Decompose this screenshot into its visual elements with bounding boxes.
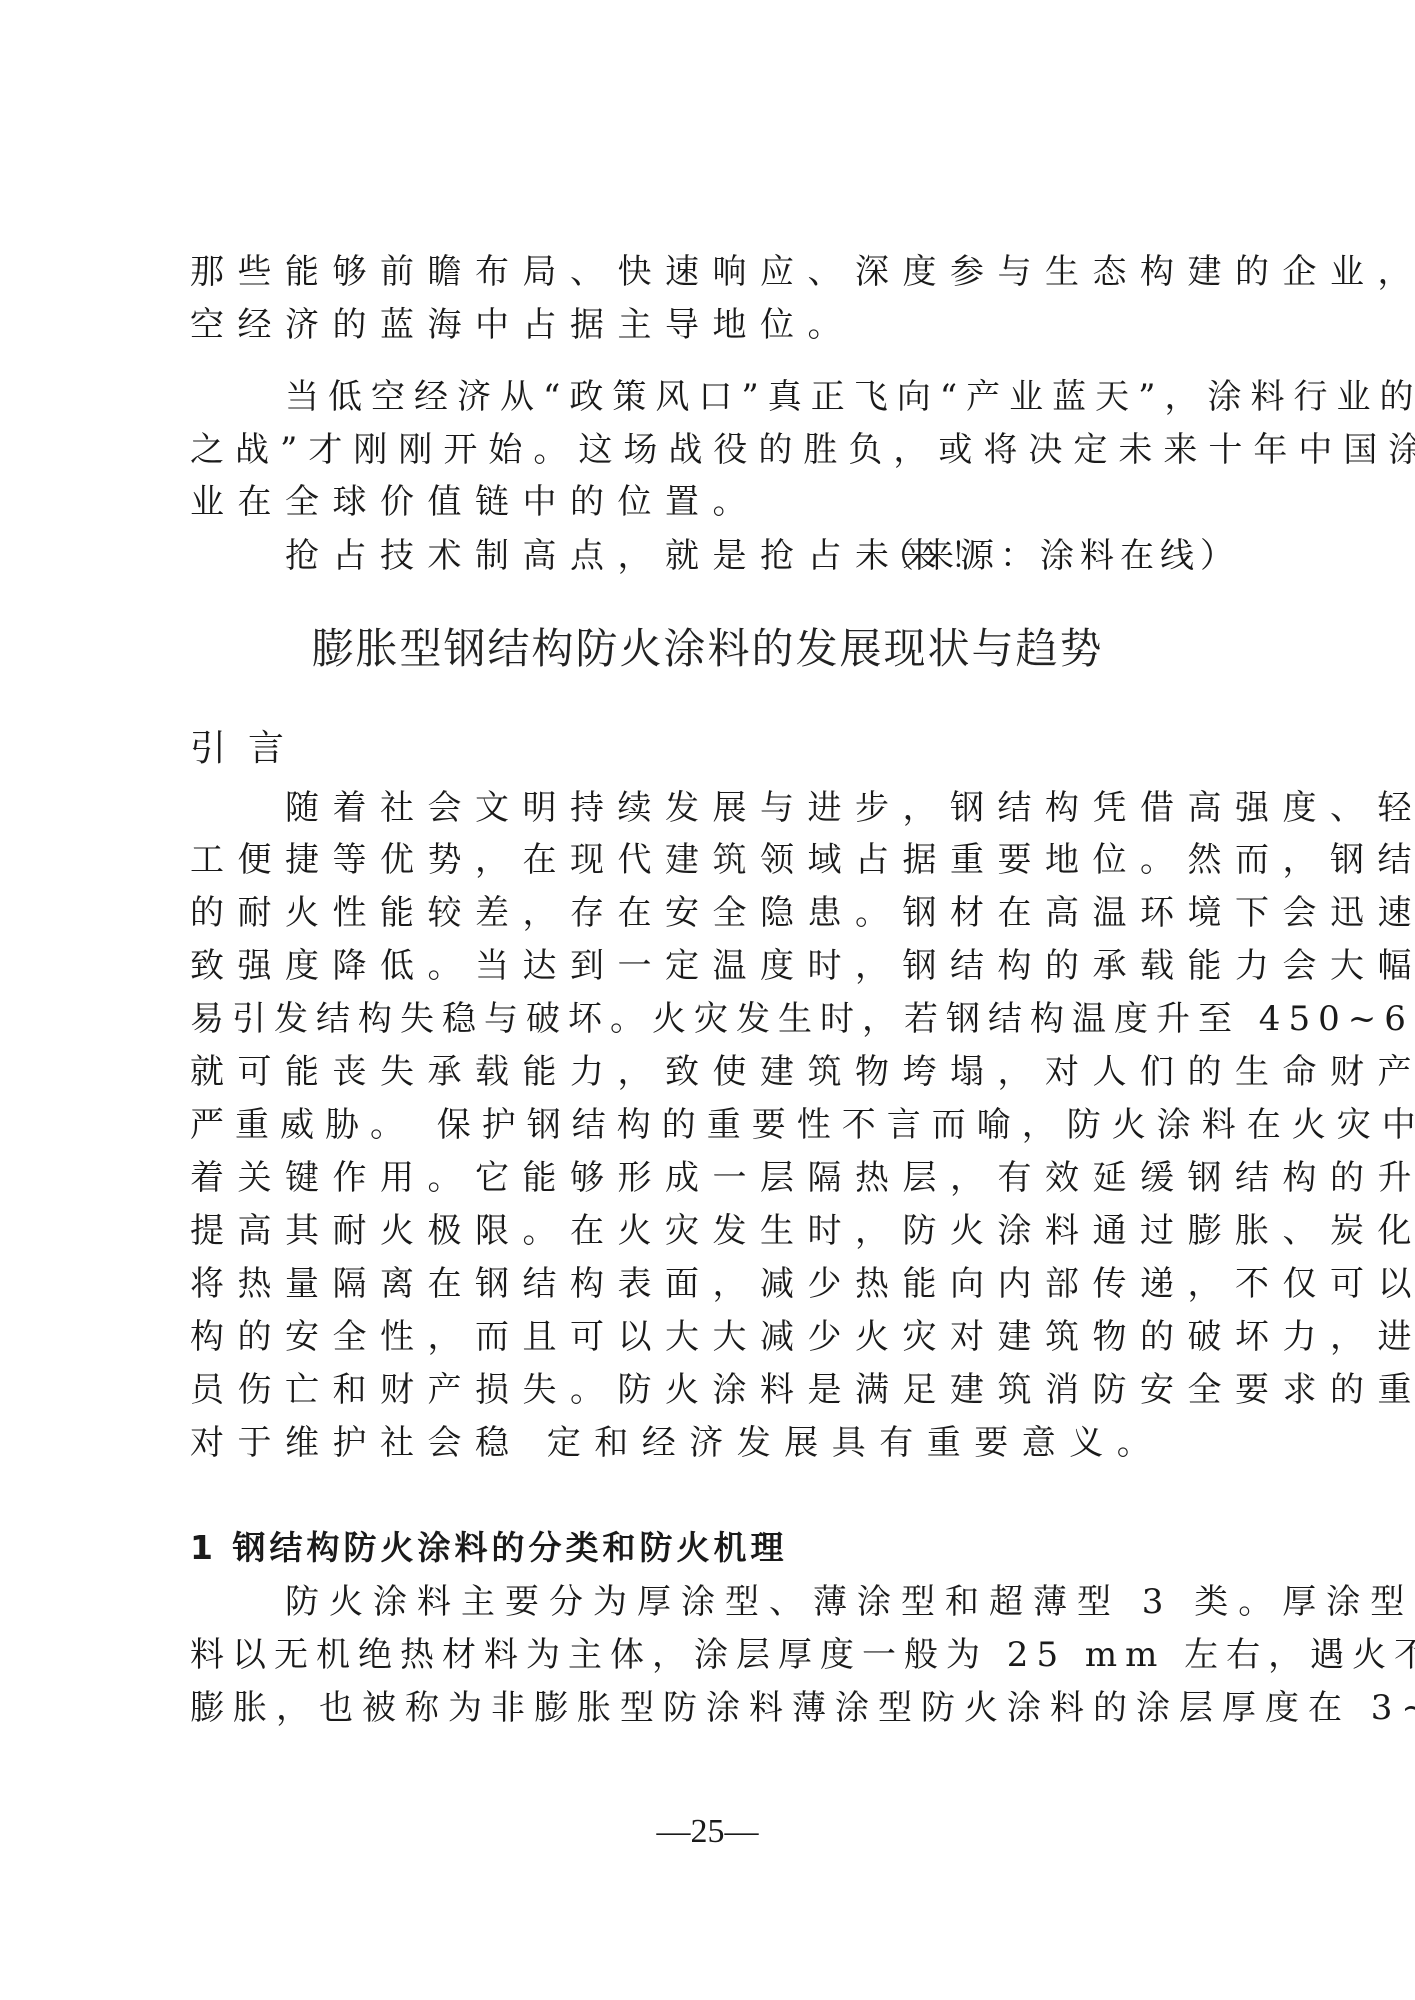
document-page: 那些能够前瞻布局、快速响应、深度参与生态构建的企业，终将在低 空经济的蓝海中占据… — [0, 0, 1415, 2000]
paragraph-line: 提高其耐火极限。在火灾发生时，防火涂料通过膨胀、炭化等方式， — [190, 1211, 1240, 1251]
paragraph-line: 业在全球价值链中的位置。 — [190, 482, 1240, 522]
paragraph-line: 料以无机绝热材料为主体，涂层厚度一般为 25 mm 左右，遇火不会 — [190, 1635, 1240, 1675]
article-title: 膨胀型钢结构防火涂料的发展现状与趋势 — [0, 624, 1415, 674]
paragraph-line: 当低空经济从“政策风口”真正飞向“产业蓝天”，涂料行业的“空中 — [285, 377, 1240, 417]
paragraph-line: 就可能丧失承载能力，致使建筑物垮塌，对人们的生命财产安全造成 — [190, 1052, 1240, 1092]
paragraph-line: 员伤亡和财产损失。防火涂料是满足建筑消防安全要求的重要手段， — [190, 1370, 1240, 1410]
paragraph-line: 之战”才刚刚开始。这场战役的胜负，或将决定未来十年中国涂料产 — [190, 430, 1240, 470]
paragraph-line: 着关键作用。它能够形成一层隔热层，有效延缓钢结构的升温速度， — [190, 1158, 1240, 1198]
paragraph-line: 膨胀，也被称为非膨胀型防涂料薄涂型防火涂料的涂层厚度在 3~7 — [190, 1688, 1240, 1728]
paragraph-line: 易引发结构失稳与破坏。火灾发生时，若钢结构温度升至 450~650 ℃, — [190, 999, 1240, 1039]
paragraph-line: 严重威胁。 保护钢结构的重要性不言而喻，防火涂料在火灾中发挥 — [190, 1105, 1240, 1145]
paragraph-line: 致强度降低。当达到一定温度时，钢结构的承载能力会大幅下降，极 — [190, 946, 1240, 986]
paragraph-line: 构的安全性，而且可以大大减少火灾对建筑物的破坏力，进而减少人 — [190, 1317, 1240, 1357]
page-number: —25— — [0, 1812, 1415, 1852]
paragraph-line: 对于维护社会稳 定和经济发展具有重要意义。 — [190, 1423, 1240, 1463]
paragraph-line: 那些能够前瞻布局、快速响应、深度参与生态构建的企业，终将在低 — [190, 252, 1240, 292]
source-attribution: （来源：涂料在线） — [880, 536, 1240, 576]
intro-heading: 引言 — [190, 728, 306, 770]
paragraph-line: 的耐火性能较差，存在安全隐患。钢材在高温环境下会迅速升温，导 — [190, 893, 1240, 933]
section-heading: 1 钢结构防火涂料的分类和防火机理 — [190, 1528, 787, 1568]
paragraph-line: 随着社会文明持续发展与进步，钢结构凭借高强度、轻量化、施 — [285, 788, 1240, 828]
paragraph-line: 将热量隔离在钢结构表面，减少热能向内部传递，不仅可以确保钢结 — [190, 1264, 1240, 1304]
paragraph-line: 工便捷等优势，在现代建筑领域占据重要地位。然而，钢结构在火灾 — [190, 840, 1240, 880]
paragraph-line: 空经济的蓝海中占据主导地位。 — [190, 305, 1240, 345]
paragraph-line: 防火涂料主要分为厚涂型、薄涂型和超薄型 3 类。厚涂型防火涂 — [285, 1582, 1240, 1622]
